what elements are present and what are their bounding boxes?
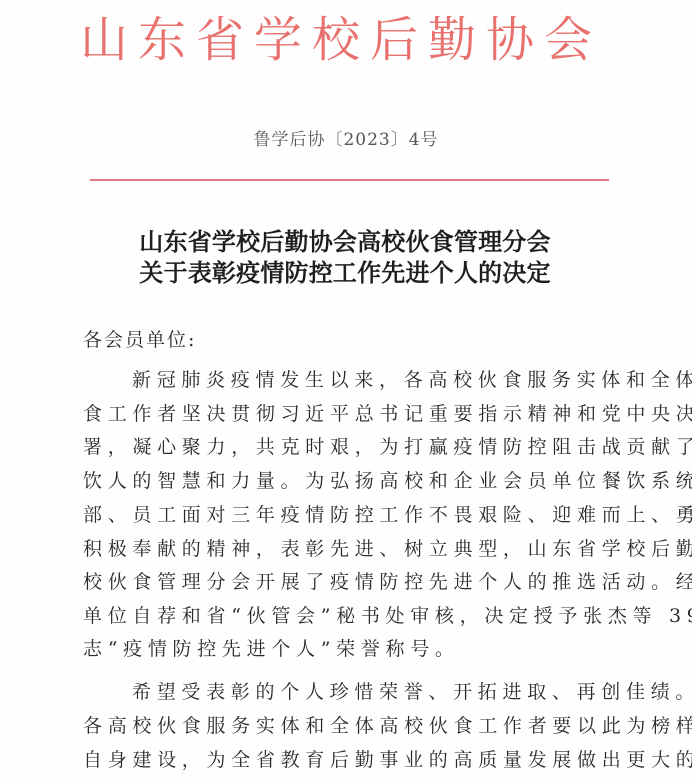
body-line: 志“疫情防控先进个人”荣誉称号。 xyxy=(83,632,460,666)
red-header-rule xyxy=(90,179,609,181)
body-line: 饮人的智慧和力量。为弘扬高校和企业会员单位餐饮系统广大干 xyxy=(83,464,692,498)
body-line: 部、员工面对三年疫情防控工作不畏艰险、迎难而上、勇于担当、 xyxy=(83,498,692,532)
heading-line-1: 山东省学校后勤协会高校伙食管理分会 xyxy=(0,226,692,257)
document-number: 鲁学后协〔2023〕4号 xyxy=(0,128,692,152)
body-line: 署，凝心聚力，共克时艰，为打赢疫情防控阻击战贡献了高校餐 xyxy=(83,430,692,464)
body-line: 积极奉献的精神，表彰先进、树立典型，山东省学校后勤协会高 xyxy=(83,532,692,566)
body-line: 食工作者坚决贯彻习近平总书记重要指示精神和党中央决策部 xyxy=(83,397,692,431)
heading-line-2: 关于表彰疫情防控工作先进个人的决定 xyxy=(0,257,692,288)
body-line: 各高校伙食服务实体和全体高校伙食工作者要以此为榜样，推动 xyxy=(83,709,692,743)
body-line: 校伙食管理分会开展了疫情防控先进个人的推选活动。经各会员 xyxy=(83,565,692,599)
document-heading: 山东省学校后勤协会高校伙食管理分会 关于表彰疫情防控工作先进个人的决定 xyxy=(0,226,692,288)
salutation: 各会员单位: xyxy=(83,326,196,354)
document-page: 山东省学校后勤协会 鲁学后协〔2023〕4号 山东省学校后勤协会高校伙食管理分会… xyxy=(0,0,692,784)
body-line: 单位自荐和省“伙管会”秘书处审核，决定授予张杰等 395 名同 xyxy=(83,599,692,633)
body-line: 新冠肺炎疫情发生以来，各高校伙食服务实体和全体高校伙 xyxy=(83,363,692,397)
body-line: 希望受表彰的个人珍惜荣誉、开拓进取、再创佳绩。同时， xyxy=(83,675,692,709)
organization-title: 山东省学校后勤协会 xyxy=(80,10,620,70)
body-line: 自身建设，为全省教育后勤事业的高质量发展做出更大的贡献。 xyxy=(83,743,692,777)
